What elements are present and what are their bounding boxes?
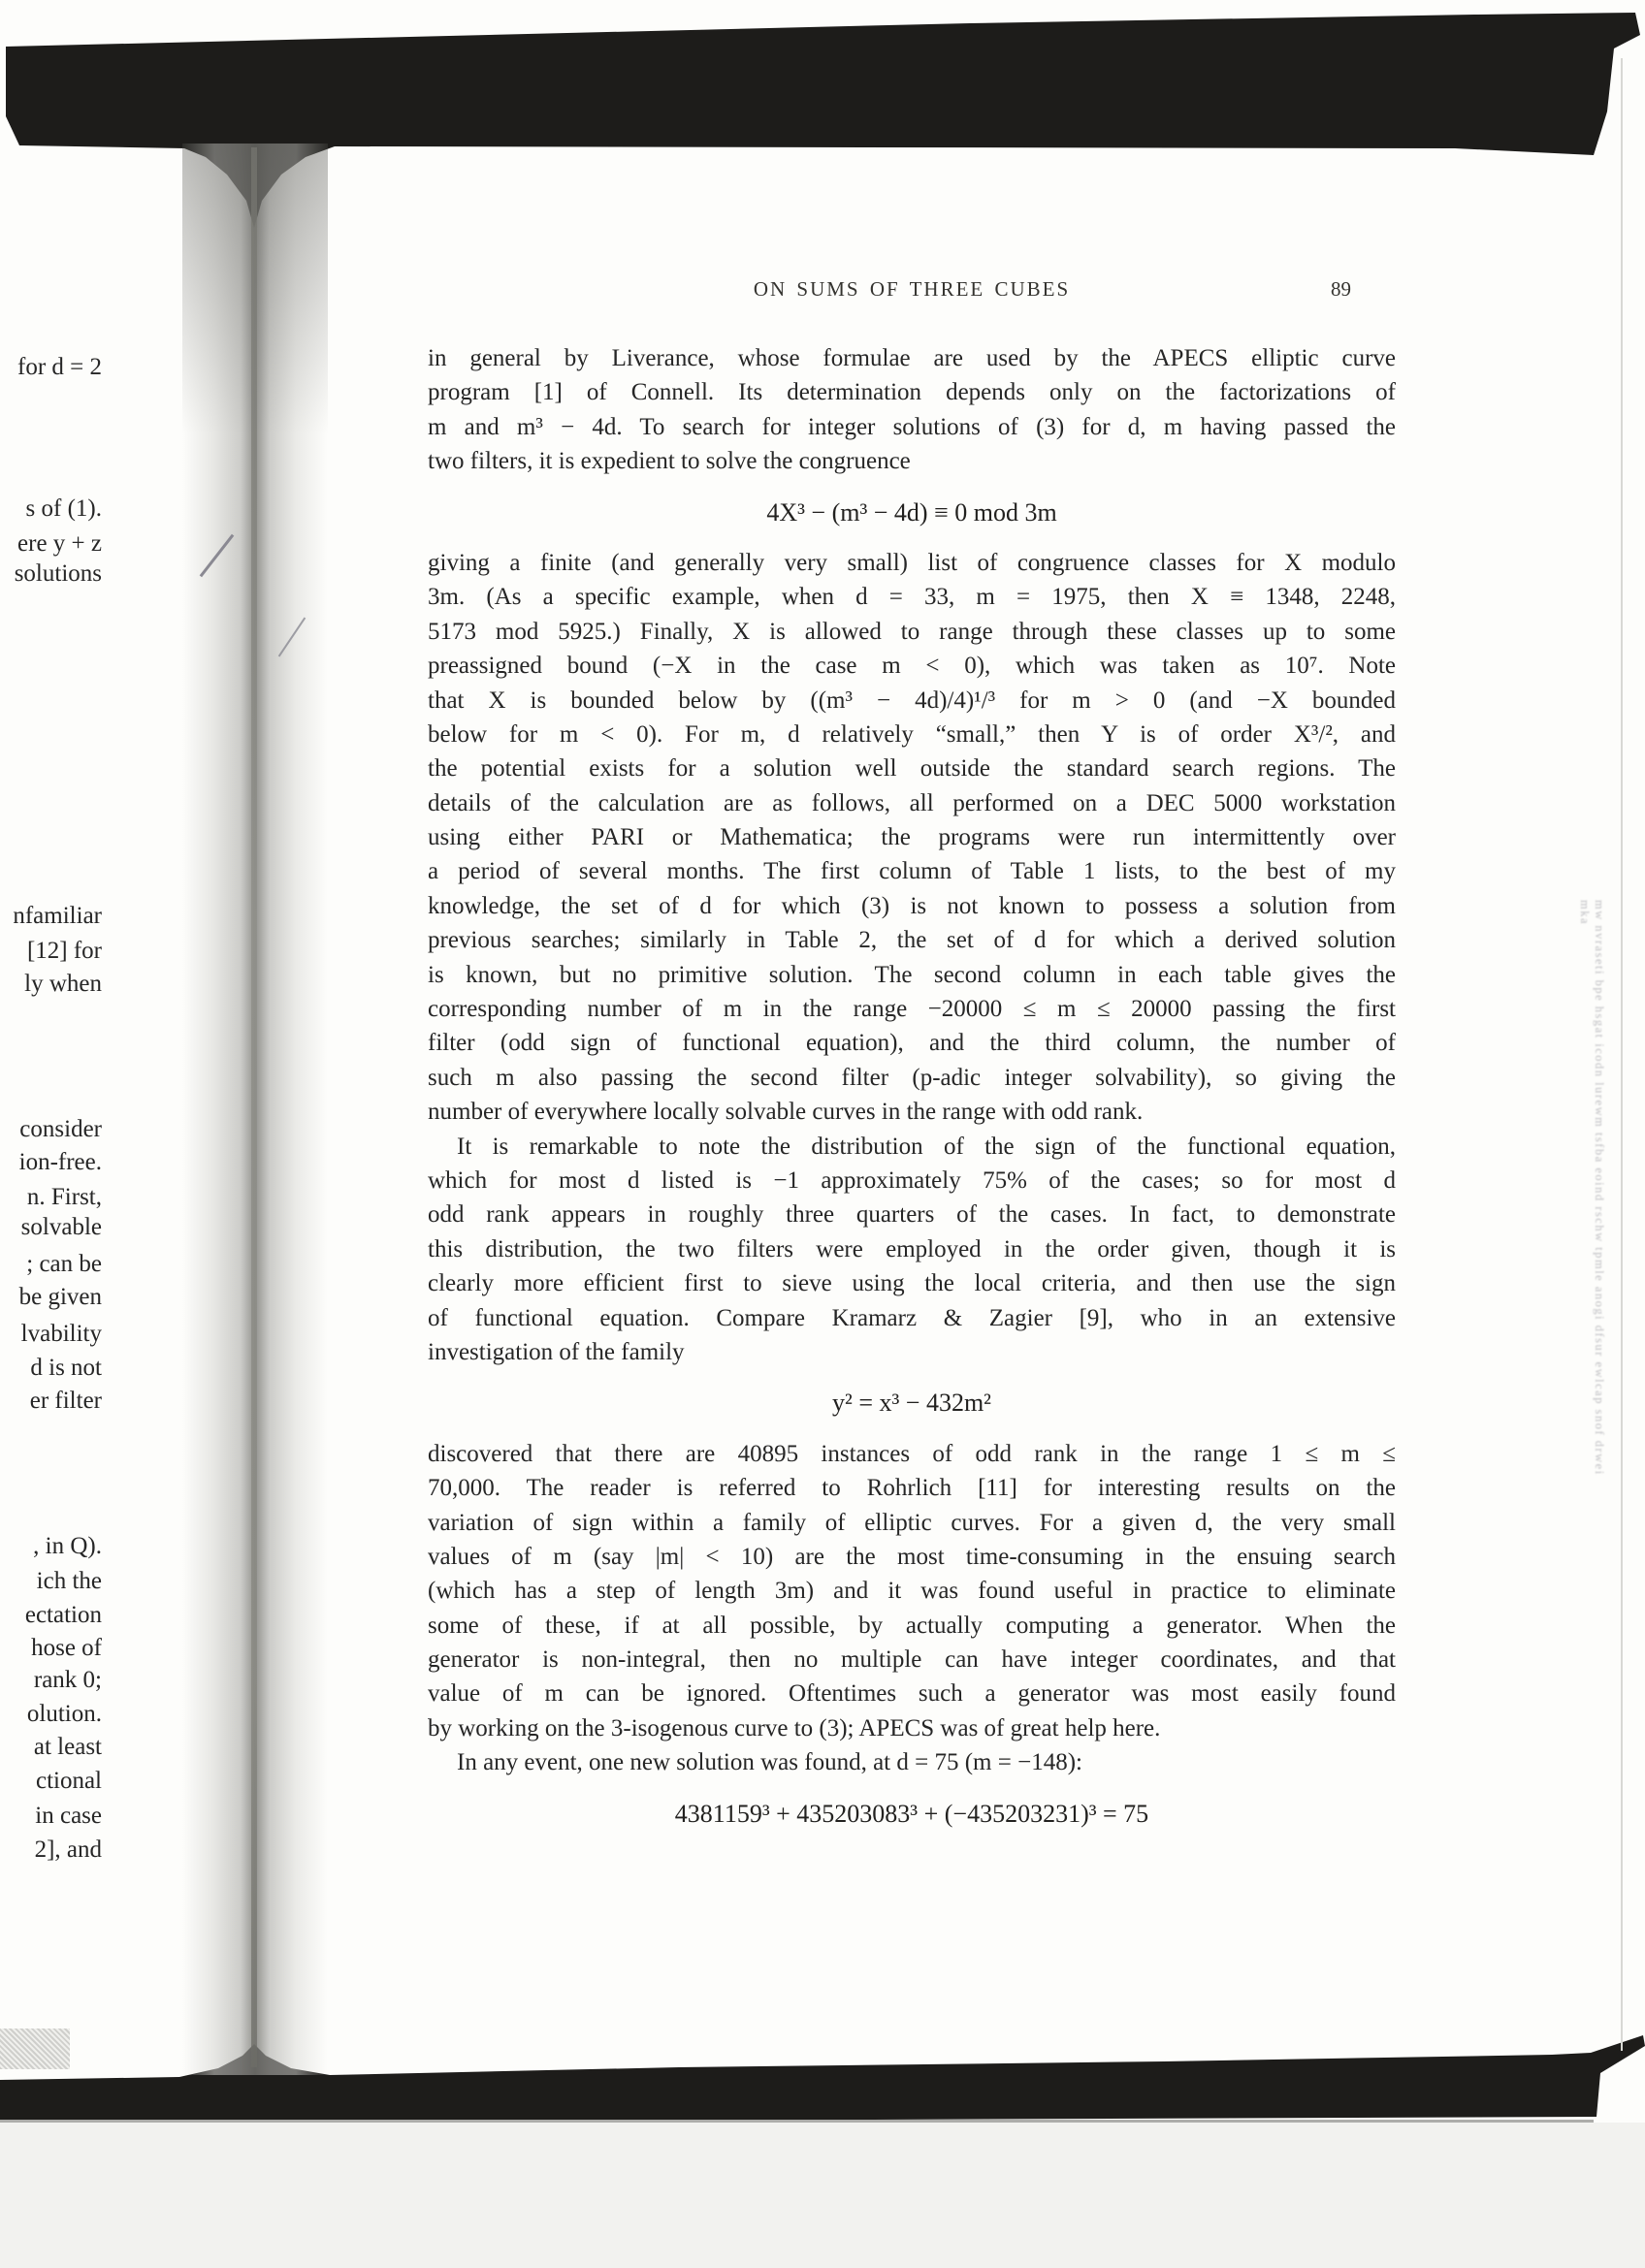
text-line: below for m < 0). For m, d relatively “s… bbox=[428, 718, 1396, 751]
left-page-text-fragment: solutions bbox=[0, 557, 104, 591]
left-page-text-fragment: ctional bbox=[0, 1764, 104, 1799]
scanned-page: for d = 2s of (1).ere y + zsolutionsnfam… bbox=[0, 0, 1645, 2268]
text-line: that X is bounded below by ((m³ − 4d)/4)… bbox=[428, 684, 1396, 718]
text-line: investigation of the family bbox=[428, 1335, 1396, 1369]
text-line: (which has a step of length 3m) and it w… bbox=[428, 1574, 1396, 1608]
display-equation: 4381159³ + 435203083³ + (−435203231)³ = … bbox=[428, 1797, 1396, 1831]
text-line: number of everywhere locally solvable cu… bbox=[428, 1095, 1396, 1129]
left-page-text-fragment: lvability bbox=[0, 1317, 104, 1352]
text-line: in general by Liverance, whose formulae … bbox=[428, 341, 1396, 375]
text-line: discovered that there are 40895 instance… bbox=[428, 1437, 1396, 1471]
margin-bleed-through-text: mw nvraseti bpe hsgat icodn lurewm tsfba… bbox=[1573, 900, 1606, 1493]
book-gutter-crease-line bbox=[251, 147, 257, 2067]
text-line: corresponding number of m in the range −… bbox=[428, 992, 1396, 1026]
left-page-text-fragment: rank 0; bbox=[0, 1663, 104, 1698]
text-line: odd rank appears in roughly three quarte… bbox=[428, 1198, 1396, 1231]
left-page-text-fragment: consider bbox=[0, 1112, 104, 1147]
left-page-text-fragment: ion-free. bbox=[0, 1145, 104, 1180]
text-line: of functional equation. Compare Kramarz … bbox=[428, 1301, 1396, 1335]
left-page-text-fragment: at least bbox=[0, 1730, 104, 1765]
left-page-text-fragment: s of (1). bbox=[0, 492, 104, 527]
text-line: generator is non-integral, then no multi… bbox=[428, 1643, 1396, 1677]
page-edge-line bbox=[1621, 58, 1623, 2051]
text-line: values of m (say |m| < 10) are the most … bbox=[428, 1540, 1396, 1574]
left-page-text-fragment: ectation bbox=[0, 1598, 104, 1633]
running-head-row: ON SUMS OF THREE CUBES 89 bbox=[428, 277, 1396, 308]
display-equation: 4X³ − (m³ − 4d) ≡ 0 mod 3m bbox=[428, 495, 1396, 529]
text-line: using either PARI or Mathematica; the pr… bbox=[428, 820, 1396, 854]
text-line: m and m³ − 4d. To search for integer sol… bbox=[428, 410, 1396, 444]
text-line: some of these, if at all possible, by ac… bbox=[428, 1609, 1396, 1643]
text-line: clearly more efficient first to sieve us… bbox=[428, 1266, 1396, 1300]
text-line: 3m. (As a specific example, when d = 33,… bbox=[428, 580, 1396, 614]
text-line: this distribution, the two filters were … bbox=[428, 1232, 1396, 1266]
text-line: previous searches; similarly in Table 2,… bbox=[428, 923, 1396, 957]
text-line: filter (odd sign of functional equation)… bbox=[428, 1026, 1396, 1060]
text-line: value of m can be ignored. Oftentimes su… bbox=[428, 1677, 1396, 1710]
text-line: knowledge, the set of d for which (3) is… bbox=[428, 889, 1396, 923]
left-page-text-fragment: hose of bbox=[0, 1631, 104, 1666]
left-page-text-fragment: be given bbox=[0, 1280, 104, 1315]
left-page-text-fragment: for d = 2 bbox=[0, 350, 104, 385]
text-line: preassigned bound (−X in the case m < 0)… bbox=[428, 649, 1396, 683]
text-line: details of the calculation are as follow… bbox=[428, 786, 1396, 820]
text-line: program [1] of Connell. Its determinatio… bbox=[428, 375, 1396, 409]
left-page-text-fragment: olution. bbox=[0, 1697, 104, 1732]
left-page-text-fragment: ich the bbox=[0, 1564, 104, 1599]
left-page-text-fragment: , in Q). bbox=[0, 1529, 104, 1564]
display-equation: y² = x³ − 432m² bbox=[428, 1386, 1396, 1420]
left-page-text-fragment: in case bbox=[0, 1799, 104, 1834]
left-page-text-fragment: er filter bbox=[0, 1384, 104, 1419]
text-line: giving a finite (and generally very smal… bbox=[428, 546, 1396, 580]
body-column: in general by Liverance, whose formulae … bbox=[428, 341, 1396, 1847]
text-line: such m also passing the second filter (p… bbox=[428, 1061, 1396, 1095]
text-line: two filters, it is expedient to solve th… bbox=[428, 444, 1396, 478]
left-page-text-fragment: ; can be bbox=[0, 1247, 104, 1282]
text-line: In any event, one new solution was found… bbox=[428, 1745, 1396, 1779]
text-line: is known, but no primitive solution. The… bbox=[428, 958, 1396, 992]
text-line: the potential exists for a solution well… bbox=[428, 751, 1396, 785]
text-line: variation of sign within a family of ell… bbox=[428, 1506, 1396, 1540]
page-number: 89 bbox=[1331, 277, 1351, 302]
paragraph: in general by Liverance, whose formulae … bbox=[428, 341, 1396, 479]
paragraph: giving a finite (and generally very smal… bbox=[428, 546, 1396, 1130]
left-page-text-fragment: solvable bbox=[0, 1210, 104, 1245]
left-page-text-fragment: 2], and bbox=[0, 1833, 104, 1868]
left-page-text-fragment: ly when bbox=[0, 967, 104, 1002]
left-page-text-fragment: d is not bbox=[0, 1351, 104, 1386]
paragraph: discovered that there are 40895 instance… bbox=[428, 1437, 1396, 1746]
running-head: ON SUMS OF THREE CUBES bbox=[428, 277, 1396, 302]
paragraph: It is remarkable to note the distributio… bbox=[428, 1130, 1396, 1370]
text-line: 70,000. The reader is referred to Rohrli… bbox=[428, 1471, 1396, 1505]
text-line: by working on the 3-isogenous curve to (… bbox=[428, 1711, 1396, 1745]
scan-noise-patch bbox=[0, 2028, 70, 2069]
bottom-margin-area bbox=[0, 2123, 1645, 2268]
left-page-text-fragment: nfamiliar bbox=[0, 899, 104, 934]
left-page-text-fragment: [12] for bbox=[0, 934, 104, 969]
paragraph: In any event, one new solution was found… bbox=[428, 1745, 1396, 1779]
text-line: which for most d listed is −1 approximat… bbox=[428, 1164, 1396, 1198]
text-line: a period of several months. The first co… bbox=[428, 854, 1396, 888]
text-line: It is remarkable to note the distributio… bbox=[428, 1130, 1396, 1164]
text-line: 5173 mod 5925.) Finally, X is allowed to… bbox=[428, 615, 1396, 649]
